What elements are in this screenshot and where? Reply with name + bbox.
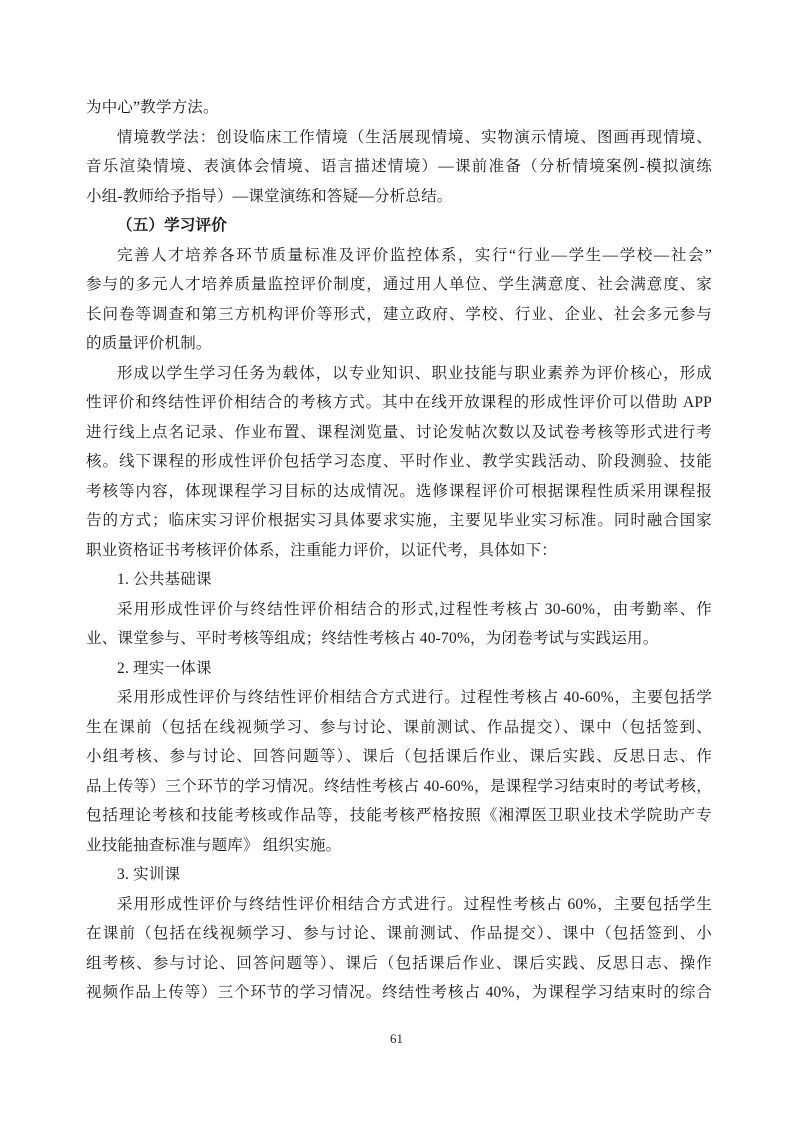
text-line: 为中心”教学方法。 [86,93,712,123]
text-line: 视频作品上传等）三个环节的学习情况。终结性考核占 40%，为课程学习结束时的综合 [86,978,712,1008]
text-line: 品上传等）三个环节的学习情况。终结性考核占 40-60%，是课程学习结束时的考试… [86,772,712,802]
item-heading-public-basic-course: 1. 公共基础课 [86,565,712,595]
document-page: 为中心”教学方法。 情境教学法：创设临床工作情境（生活展现情境、实物演示情境、图… [0,0,793,1122]
item-heading-practical-training-course: 3. 实训课 [86,860,712,890]
text-line: 考核等内容，体现课程学习目标的达成情况。选修课程评价可根据课程性质采用课程报 [86,477,712,507]
page-number: 61 [0,1030,793,1048]
text-line: 包括理论考核和技能考核或作品等，技能考核严格按照《湘潭医卫职业技术学院助产专 [86,801,712,831]
text-line: 采用形成性评价与终结性评价相结合方式进行。过程性考核占 60%，主要包括学生 [86,890,712,920]
text-line: 参与的多元人才培养质量监控评价制度，通过用人单位、学生满意度、社会满意度、家 [86,270,712,300]
text-line: 情境教学法：创设临床工作情境（生活展现情境、实物演示情境、图画再现情境、 [86,123,712,153]
text-line: 的质量评价机制。 [86,329,712,359]
text-line: 告的方式；临床实习评价根据实习具体要求实施，主要见毕业实习标准。同时融合国家 [86,506,712,536]
text-line: 在课前（包括在线视频学习、参与讨论、课前测试、作品提交）、课中（包括签到、小 [86,919,712,949]
text-line: 组考核、参与讨论、回答问题等）、课后（包括课后作业、课后实践、反思日志、操作 [86,949,712,979]
text-line: 采用形成性评价与终结性评价相结合方式进行。过程性考核占 40-60%，主要包括学 [86,683,712,713]
text-line: 职业资格证书考核评价体系，注重能力评价，以证代考，具体如下： [86,536,712,566]
text-line: 性评价和终结性评价相结合的考核方式。其中在线开放课程的形成性评价可以借助 APP [86,388,712,418]
text-line: 核。线下课程的形成性评价包括学习态度、平时作业、教学实践活动、阶段测验、技能 [86,447,712,477]
text-line: 小组-教师给予指导）—课堂演练和答疑—分析总结。 [86,182,712,212]
text-line: 业、课堂参与、平时考核等组成；终结性考核占 40-70%，为闭卷考试与实践运用。 [86,624,712,654]
item-heading-theory-practice-course: 2. 理实一体课 [86,654,712,684]
text-line: 生在课前（包括在线视频学习、参与讨论、课前测试、作品提交）、课中（包括签到、 [86,713,712,743]
text-line: 业技能抽查标准与题库》 组织实施。 [86,831,712,861]
text-line: 长问卷等调查和第三方机构评价等形式，建立政府、学校、行业、企业、社会多元参与 [86,300,712,330]
text-line: 进行线上点名记录、作业布置、课程浏览量、讨论发帖次数以及试卷考核等形式进行考 [86,418,712,448]
text-line: 形成以学生学习任务为载体，以专业知识、职业技能与职业素养为评价核心，形成 [86,359,712,389]
text-line: 完善人才培养各环节质量标准及评价监控体系，实行“行业—学生—学校—社会” [86,241,712,271]
section-heading-learning-evaluation: （五）学习评价 [86,211,712,241]
text-line: 采用形成性评价与终结性评价相结合的形式,过程性考核占 30-60%，由考勤率、作 [86,595,712,625]
page-text-block: 为中心”教学方法。 情境教学法：创设临床工作情境（生活展现情境、实物演示情境、图… [86,93,712,1008]
text-line: 小组考核、参与讨论、回答问题等）、课后（包括课后作业、课后实践、反思日志、作 [86,742,712,772]
text-line: 音乐渲染情境、表演体会情境、语言描述情境）—课前准备（分析情境案例-模拟演练 [86,152,712,182]
